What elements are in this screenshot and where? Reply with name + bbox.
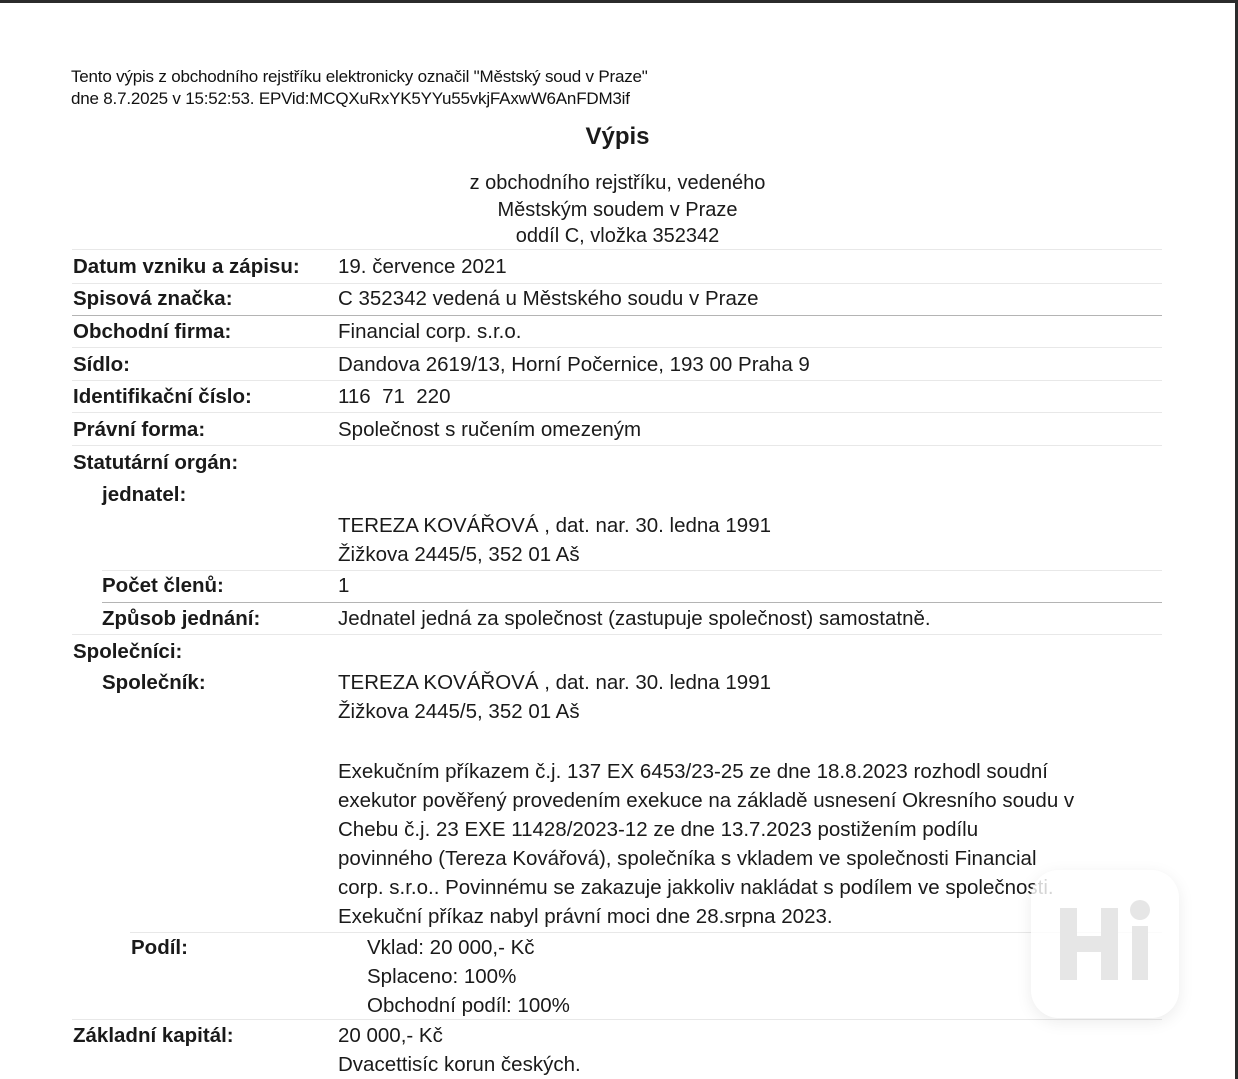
label-podil: Podíl: bbox=[131, 933, 188, 962]
exekuce-line: Chebu č.j. 23 EXE 11428/2023-12 ze dne 1… bbox=[338, 815, 1168, 844]
label-sidlo: Sídlo: bbox=[73, 350, 130, 379]
value-zakladni-kapital-words: Dvacettisíc korun českých. bbox=[338, 1050, 581, 1079]
row-divider bbox=[102, 570, 1162, 571]
label-datum-vzniku: Datum vzniku a zápisu: bbox=[73, 252, 300, 281]
label-obchodni-firma: Obchodní firma: bbox=[73, 317, 231, 346]
jednatel-name: TEREZA KOVÁŘOVÁ , dat. nar. 30. ledna 19… bbox=[338, 511, 771, 540]
document-page: Tento výpis z obchodního rejstříku elekt… bbox=[0, 0, 1235, 1079]
row-divider bbox=[72, 315, 1162, 316]
value-datum-vzniku: 19. července 2021 bbox=[338, 252, 507, 281]
value-zpusob-jednani: Jednatel jedná za společnost (zastupuje … bbox=[338, 604, 931, 633]
podil-splaceno: Splaceno: 100% bbox=[367, 962, 516, 991]
row-divider bbox=[72, 412, 1162, 413]
row-divider bbox=[130, 932, 1162, 933]
row-divider bbox=[72, 1019, 1162, 1020]
label-ico: Identifikační číslo: bbox=[73, 382, 252, 411]
value-ico: 116 71 220 bbox=[338, 382, 450, 411]
podil-obchodni-podil: Obchodní podíl: 100% bbox=[367, 991, 570, 1020]
hi-logo-letter-i-dot bbox=[1130, 900, 1150, 920]
row-divider bbox=[102, 602, 1162, 603]
row-divider bbox=[72, 380, 1162, 381]
exekuce-line: povinného (Tereza Kovářová), společníka … bbox=[338, 844, 1168, 873]
value-zakladni-kapital: 20 000,- Kč bbox=[338, 1021, 443, 1050]
row-divider bbox=[72, 347, 1162, 348]
label-zpusob-jednani: Způsob jednání: bbox=[102, 604, 260, 633]
hi-logo-letter-i-stem bbox=[1132, 926, 1148, 980]
spolecnik-name: TEREZA KOVÁŘOVÁ , dat. nar. 30. ledna 19… bbox=[338, 668, 771, 697]
label-spisova-znacka: Spisová značka: bbox=[73, 284, 233, 313]
value-spisova-znacka: C 352342 vedená u Městského soudu v Praz… bbox=[338, 284, 759, 313]
label-spolecnik: Společník: bbox=[102, 668, 206, 697]
spolecnik-address: Žižkova 2445/5, 352 01 Aš bbox=[338, 697, 580, 726]
row-divider bbox=[72, 249, 1162, 250]
row-divider bbox=[72, 445, 1162, 446]
label-statutarni-organ: Statutární orgán: bbox=[73, 448, 238, 477]
exekuce-line: Exekučním příkazem č.j. 137 EX 6453/23-2… bbox=[338, 757, 1168, 786]
label-pocet-clenu: Počet členů: bbox=[102, 571, 224, 600]
hi-app-logo-icon bbox=[1031, 870, 1179, 1018]
value-sidlo: Dandova 2619/13, Horní Počernice, 193 00… bbox=[338, 350, 810, 379]
value-obchodni-firma: Financial corp. s.r.o. bbox=[338, 317, 521, 346]
value-pravni-forma: Společnost s ručením omezeným bbox=[338, 415, 641, 444]
label-spolecnici: Společníci: bbox=[73, 637, 182, 666]
jednatel-address: Žižkova 2445/5, 352 01 Aš bbox=[338, 540, 580, 569]
value-pocet-clenu: 1 bbox=[338, 571, 349, 600]
podil-vklad: Vklad: 20 000,- Kč bbox=[367, 933, 535, 962]
row-divider bbox=[72, 634, 1162, 635]
label-zakladni-kapital: Základní kapitál: bbox=[73, 1021, 234, 1050]
exekuce-line: exekutor pověřený provedením exekuce na … bbox=[338, 786, 1168, 815]
label-pravni-forma: Právní forma: bbox=[73, 415, 205, 444]
hi-logo-letter-h bbox=[1060, 908, 1118, 980]
label-jednatel: jednatel: bbox=[102, 480, 186, 509]
